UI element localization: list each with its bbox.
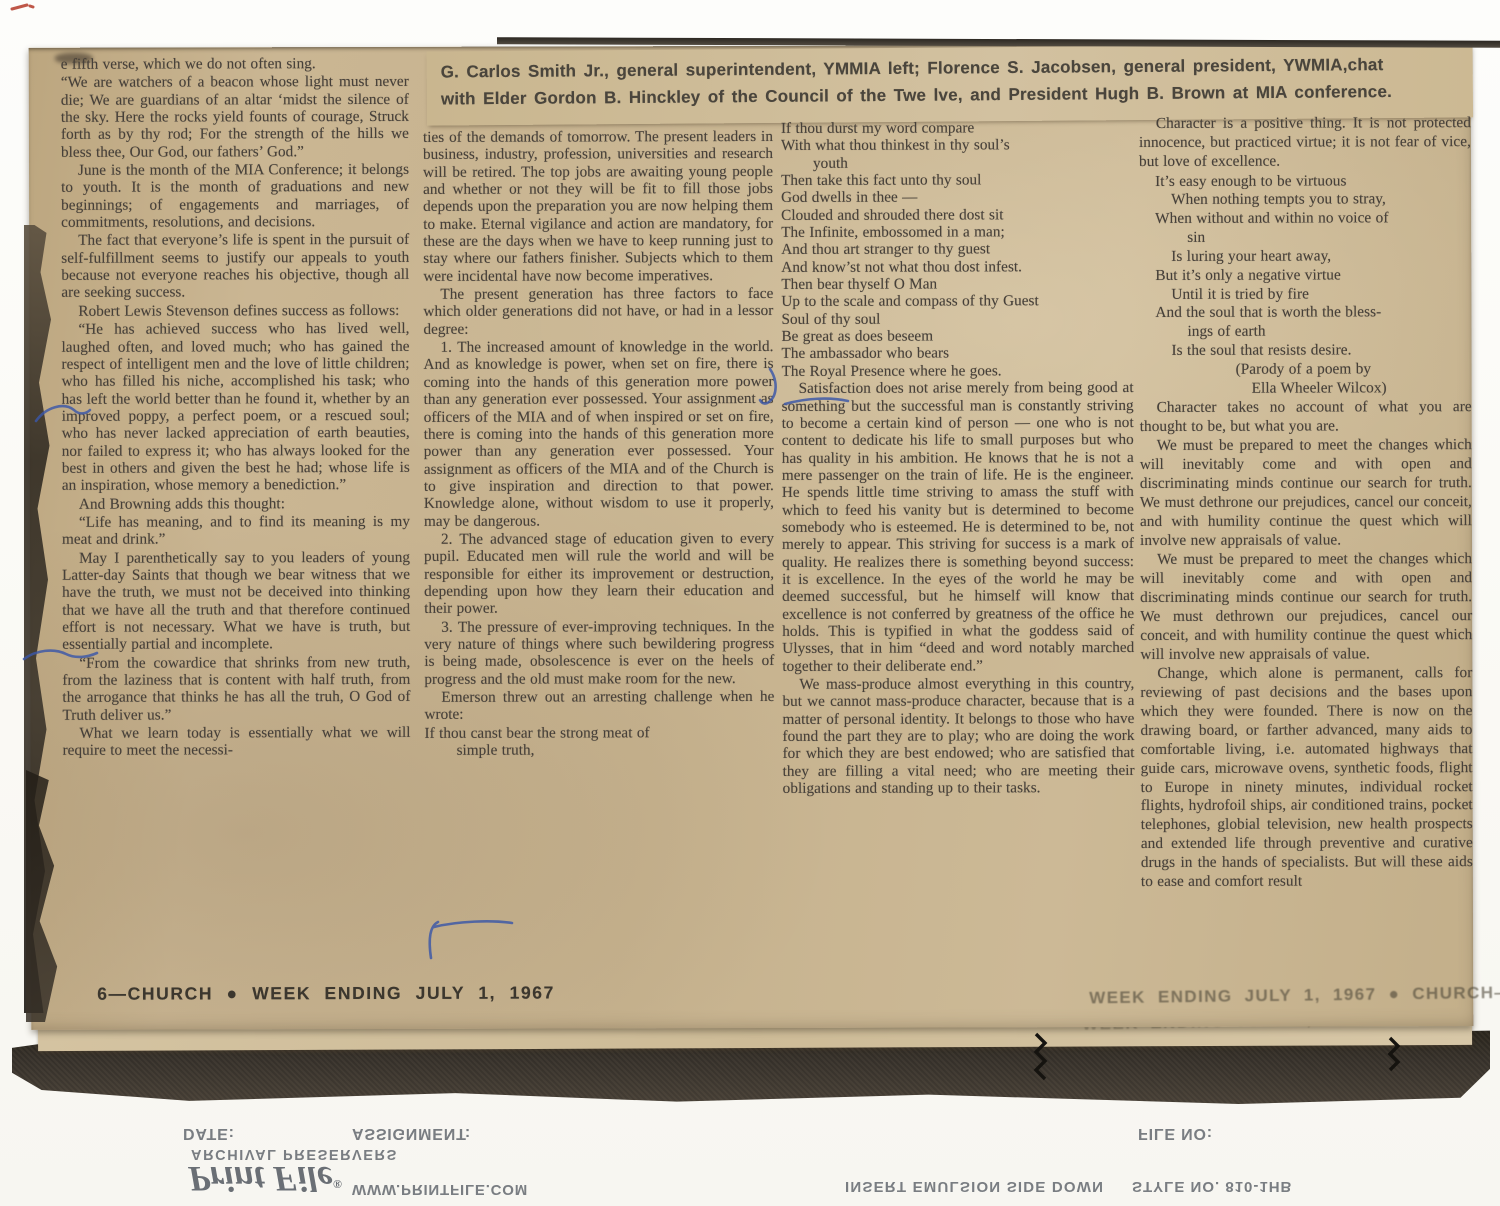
sleeve-url: WWW.PRINTFILE.COM [352, 1181, 528, 1198]
paragraph: Character is a positive thing. It is not… [1139, 114, 1471, 171]
verse-line: And thou art stranger to thy guest [781, 240, 1133, 258]
article-column-4: Character is a positive thing. It is not… [1139, 114, 1473, 892]
paragraph: What we learn today is essentially what … [62, 724, 410, 760]
newspaper-scan: WEEK ENDING JULY 1, 19 G. Carlos Smith J… [0, 0, 1500, 1206]
sleeve-file-no-label: FILE NO: [1138, 1124, 1213, 1142]
paragraph: And Browning adds this thought: [62, 494, 410, 512]
verse-line: Is luring your heart away, [1139, 247, 1471, 267]
verse-line: youth [781, 154, 1133, 172]
verse-line: Soul of thy soul [781, 310, 1133, 328]
paragraph: e fifth verse, which we do not often sin… [61, 55, 409, 73]
verse-line: Be great as does beseem [781, 327, 1133, 345]
paragraph: “We are watchers of a beacon whose light… [61, 73, 409, 161]
verse-line: simple truth, [425, 741, 775, 759]
paragraph: We mass-produce almost everything in thi… [782, 675, 1134, 797]
footer-page-number: 6—CHURCH [97, 983, 213, 1003]
verse-line: Then take this fact unto thy soul [781, 171, 1133, 189]
verse-line: The Royal Presence where he goes. [782, 362, 1134, 380]
sleeve-style-no: STYLE NO. 810-1HB [1132, 1178, 1292, 1195]
verse-line: Until it is tried by fire [1139, 285, 1471, 305]
verse-block: It’s easy enough to be virtuousWhen noth… [1139, 172, 1472, 399]
newspaper-clipping: G. Carlos Smith Jr., general superintend… [29, 44, 1474, 1030]
verse-line: And know’st not what thou dost infest. [781, 258, 1133, 276]
paragraph: 1. The increased amount of knowledge in … [423, 338, 773, 530]
verse-line: Ella Wheeler Wilcox) [1140, 379, 1472, 399]
verse-line: And the soul that is worth the bless- [1139, 304, 1471, 324]
paragraph: June is the month of the MIA Conference;… [61, 161, 409, 231]
verse-line: If thou durst my word compare [781, 119, 1133, 137]
verse-line: If thou canst bear the strong meat of [424, 724, 774, 742]
verse-line: Clouded and shrouded there dost sit [781, 206, 1133, 224]
paragraph: “Life has meaning, and to find its meani… [62, 513, 410, 549]
paragraph: Change, which alone is permanent, calls … [1140, 665, 1473, 892]
paragraph: ties of the demands of tomorrow. The pre… [423, 128, 773, 285]
verse-line: But it’s only a negative virtue [1139, 266, 1471, 286]
paragraph: May I parenthetically say to you leaders… [62, 549, 410, 654]
printfile-logo-text: Print File [188, 1159, 333, 1199]
article-column-2: ties of the demands of tomorrow. The pre… [423, 128, 775, 759]
verse-line: God dwells in thee — [781, 188, 1133, 206]
red-mark [12, 5, 33, 9]
verse-line: Then bear thyself O Man [781, 275, 1133, 293]
page-footer-left: 6—CHURCH ● WEEK ENDING JULY 1, 1967 [97, 983, 555, 1005]
verse-line: When without and within no voice of [1139, 209, 1471, 229]
verse-block: If thou canst bear the strong meat ofsim… [424, 724, 774, 760]
article-column-1: e fifth verse, which we do not often sin… [61, 55, 411, 761]
paragraph: Satisfaction does not arise merely from … [782, 379, 1135, 675]
verse-line: When nothing tempts you to stray, [1139, 190, 1471, 210]
paragraph: Robert Lewis Stevenson defines success a… [61, 302, 409, 320]
printfile-logo: Print File® [188, 1158, 342, 1200]
verse-line: Is the soul that resists desire. [1139, 341, 1471, 361]
verse-block: If thou durst my word compareWith what t… [781, 119, 1134, 380]
footer-date-right: WEEK ENDING JULY 1, 1967 [1089, 985, 1376, 1008]
footer-bullet-icon: ● [1388, 984, 1400, 1003]
verse-line: It’s easy enough to be virtuous [1139, 172, 1471, 192]
paragraph: We must be prepared to meet the changes … [1140, 551, 1472, 665]
paragraph: “He has achieved success who has lived w… [61, 320, 409, 494]
paragraph: “From the cowardice that shrinks from ne… [62, 654, 410, 724]
sleeve-assignment-label: ASSIGNMENT: [352, 1124, 471, 1142]
sleeve-date-label: DATE: [183, 1124, 235, 1142]
verse-line: The Infinite, embossomed in a man; [781, 223, 1133, 241]
registered-mark: ® [333, 1177, 342, 1191]
page-footer-right: WEEK ENDING JULY 1, 1967 ● CHURCH—7 [1089, 983, 1500, 1009]
verse-line: ings of earth [1139, 322, 1471, 342]
paragraph: 2. The advanced stage of education given… [424, 530, 774, 618]
verse-line: The ambassador who bears [781, 344, 1133, 362]
verse-line: With what thou thinkest in thy soul’s [781, 136, 1133, 154]
sleeve-emulsion-note: INSERT EMULSION SIDE DOWN [845, 1178, 1104, 1195]
paragraph: The present generation has three factors… [423, 285, 773, 338]
paragraph: Character takes no account of what you a… [1140, 398, 1472, 437]
article-column-3: If thou durst my word compareWith what t… [781, 119, 1135, 798]
paragraph: 3. The pressure of ever-improving techni… [424, 618, 774, 688]
footer-page-number-right: CHURCH—7 [1412, 983, 1500, 1003]
footer-date: WEEK ENDING JULY 1, 1967 [252, 983, 555, 1004]
verse-line: Up to the scale and compass of thy Guest [781, 292, 1133, 310]
verse-line: (Parody of a poem by [1140, 360, 1472, 380]
verse-line: sin [1139, 228, 1471, 248]
footer-bullet-icon: ● [227, 983, 239, 1003]
paragraph: Emerson threw out an arresting challenge… [424, 688, 774, 724]
photo-caption-strip: G. Carlos Smith Jr., general superintend… [427, 43, 1474, 125]
paragraph: The fact that everyone’s life is spent i… [61, 231, 409, 301]
paragraph: We must be prepared to meet the changes … [1140, 436, 1472, 550]
photo-caption: G. Carlos Smith Jr., general superintend… [441, 50, 1461, 112]
